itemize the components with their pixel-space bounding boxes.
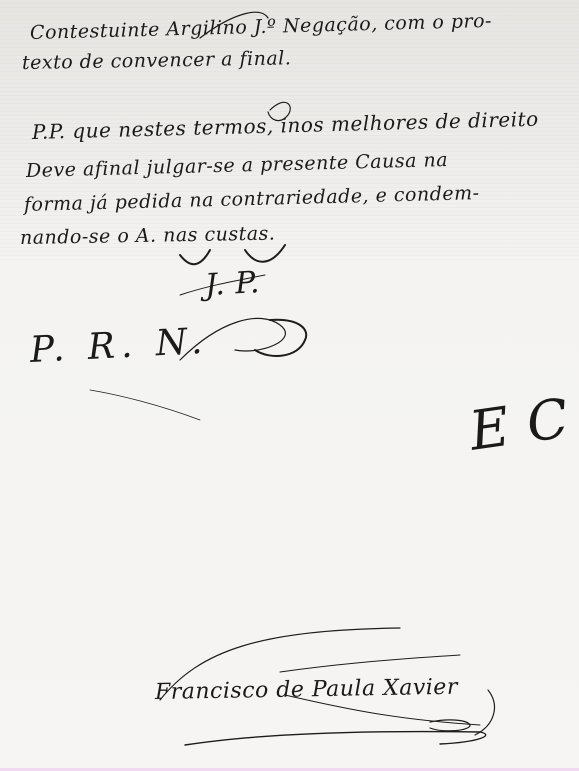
text-line-2: texto de convencer a final. (22, 47, 292, 74)
text-line-3: P.P. que nestes termos, inos melhores de… (32, 107, 539, 144)
closing-prn: P. R. N. (29, 321, 209, 371)
text-line-6: nando-se o A. nas custas. (20, 223, 276, 249)
text-line-4: Deve afinal julgar-se a presente Causa n… (26, 149, 449, 182)
closing-ec: E C (466, 386, 573, 462)
text-line-1: Contestuinte Argilino J.º Negação, com o… (30, 10, 493, 44)
closing-fp: J. P. (204, 265, 261, 303)
manuscript-page: Contestuinte Argilino J.º Negação, com o… (0, 0, 579, 771)
text-line-5: forma já pedida na contrariedade, e cond… (24, 182, 480, 216)
signature: Francisco de Paula Xavier (155, 675, 458, 705)
